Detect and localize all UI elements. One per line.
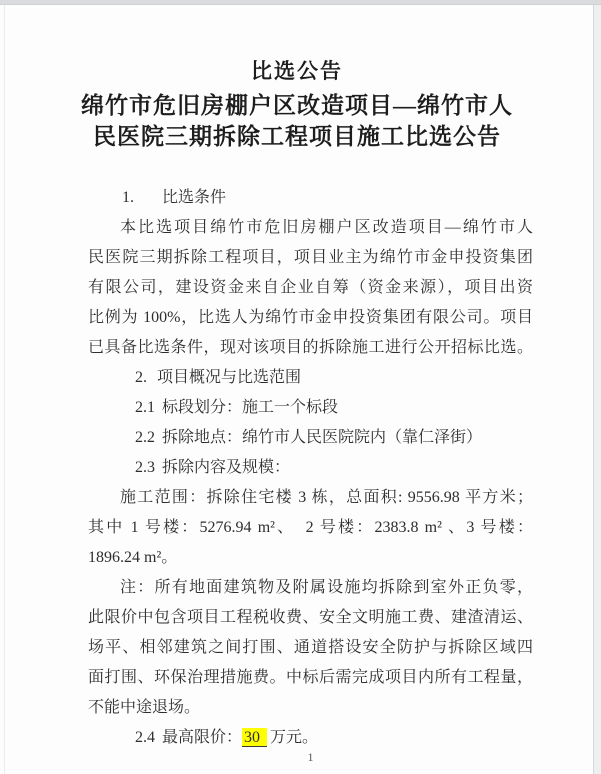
page-number: 1	[88, 750, 533, 765]
paragraph-1-line-4: 比例为 100%，比选人为绵竹市金申投资集团有限公司。项目	[88, 303, 533, 333]
document-subtitle-line1: 绵竹市危旧房棚户区改造项目—绵竹市人	[10, 90, 584, 121]
section-2-number: 2.	[135, 363, 147, 393]
paragraph-1-line-1: 本比选项目绵竹市危旧房棚户区改造项目—绵竹市人	[88, 213, 533, 243]
scan-left-edge	[4, 4, 5, 774]
scope-paragraph-line-3: 1896.24 m²。	[88, 543, 533, 573]
section-1-heading: 1.比选条件	[88, 183, 533, 213]
highlighted-price-value: 30	[242, 728, 267, 747]
item-2-2-text: 拆除地点：绵竹市人民医院院内（靠仁泽街）	[162, 429, 482, 446]
document-subtitle-line2: 民医院三期拆除工程项目施工比选公告	[10, 121, 584, 152]
note-paragraph-line-2: 此限价中包含项目工程税收费、安全文明施工费、建渣清运、	[88, 603, 533, 633]
document-page: 比选公告 绵竹市危旧房棚户区改造项目—绵竹市人 民医院三期拆除工程项目施工比选公…	[0, 0, 601, 774]
scan-right-edge	[593, 0, 601, 774]
item-2-2: 2.2拆除地点：绵竹市人民医院院内（靠仁泽街）	[88, 423, 533, 453]
scope-paragraph-line-1: 施工范围：拆除住宅楼 3 栋，总面积: 9556.98 平方米；	[88, 483, 533, 513]
scan-top-edge	[0, 0, 601, 5]
section-1-title: 比选条件	[162, 189, 226, 206]
section-2-heading: 2.项目概况与比选范围	[88, 363, 533, 393]
document-body: 1.比选条件 本比选项目绵竹市危旧房棚户区改造项目—绵竹市人 民医院三期拆除工程…	[88, 183, 533, 753]
item-2-4: 2.4最高限价：30万元。	[88, 723, 533, 753]
item-2-3-text: 拆除内容及规模：	[162, 459, 290, 476]
paragraph-1-line-5: 已具备比选条件，现对该项目的拆除施工进行公开招标比选。	[88, 333, 533, 363]
note-paragraph-line-3: 场平、相邻建筑之间打围、通道搭设安全防护与拆除区域四	[88, 633, 533, 663]
document-subtitle: 绵竹市危旧房棚户区改造项目—绵竹市人 民医院三期拆除工程项目施工比选公告	[10, 90, 584, 152]
paragraph-1-line-2: 民医院三期拆除工程项目，项目业主为绵竹市金申投资集团	[88, 243, 533, 273]
item-2-4-unit: 万元。	[270, 729, 318, 746]
note-paragraph-line-5: 不能中途退场。	[88, 693, 533, 723]
document-title: 比选公告	[10, 55, 584, 87]
item-2-1-number: 2.1	[135, 393, 155, 423]
item-2-3: 2.3拆除内容及规模：	[88, 453, 533, 483]
section-1-number: 1.	[122, 183, 134, 213]
item-2-4-label: 最高限价：	[162, 729, 242, 746]
scope-paragraph-line-2: 其中 1 号楼：5276.94 m²、 2 号楼：2383.8 m² 、3 号楼…	[88, 513, 533, 543]
item-2-1-text: 标段划分：施工一个标段	[162, 399, 338, 416]
note-paragraph-line-1: 注：所有地面建筑物及附属设施均拆除到室外正负零，	[88, 573, 533, 603]
item-2-1: 2.1标段划分：施工一个标段	[88, 393, 533, 423]
item-2-2-number: 2.2	[135, 423, 155, 453]
paragraph-1-line-3: 有限公司，建设资金来自企业自筹（资金来源），项目出资	[88, 273, 533, 303]
item-2-4-number: 2.4	[135, 723, 155, 753]
document-header: 比选公告 绵竹市危旧房棚户区改造项目—绵竹市人 民医院三期拆除工程项目施工比选公…	[10, 55, 584, 152]
note-paragraph-line-4: 面打围、环保治理措施费。中标后需完成项目内所有工程量，	[88, 663, 533, 693]
item-2-3-number: 2.3	[135, 453, 155, 483]
section-2-title: 项目概况与比选范围	[157, 369, 301, 386]
